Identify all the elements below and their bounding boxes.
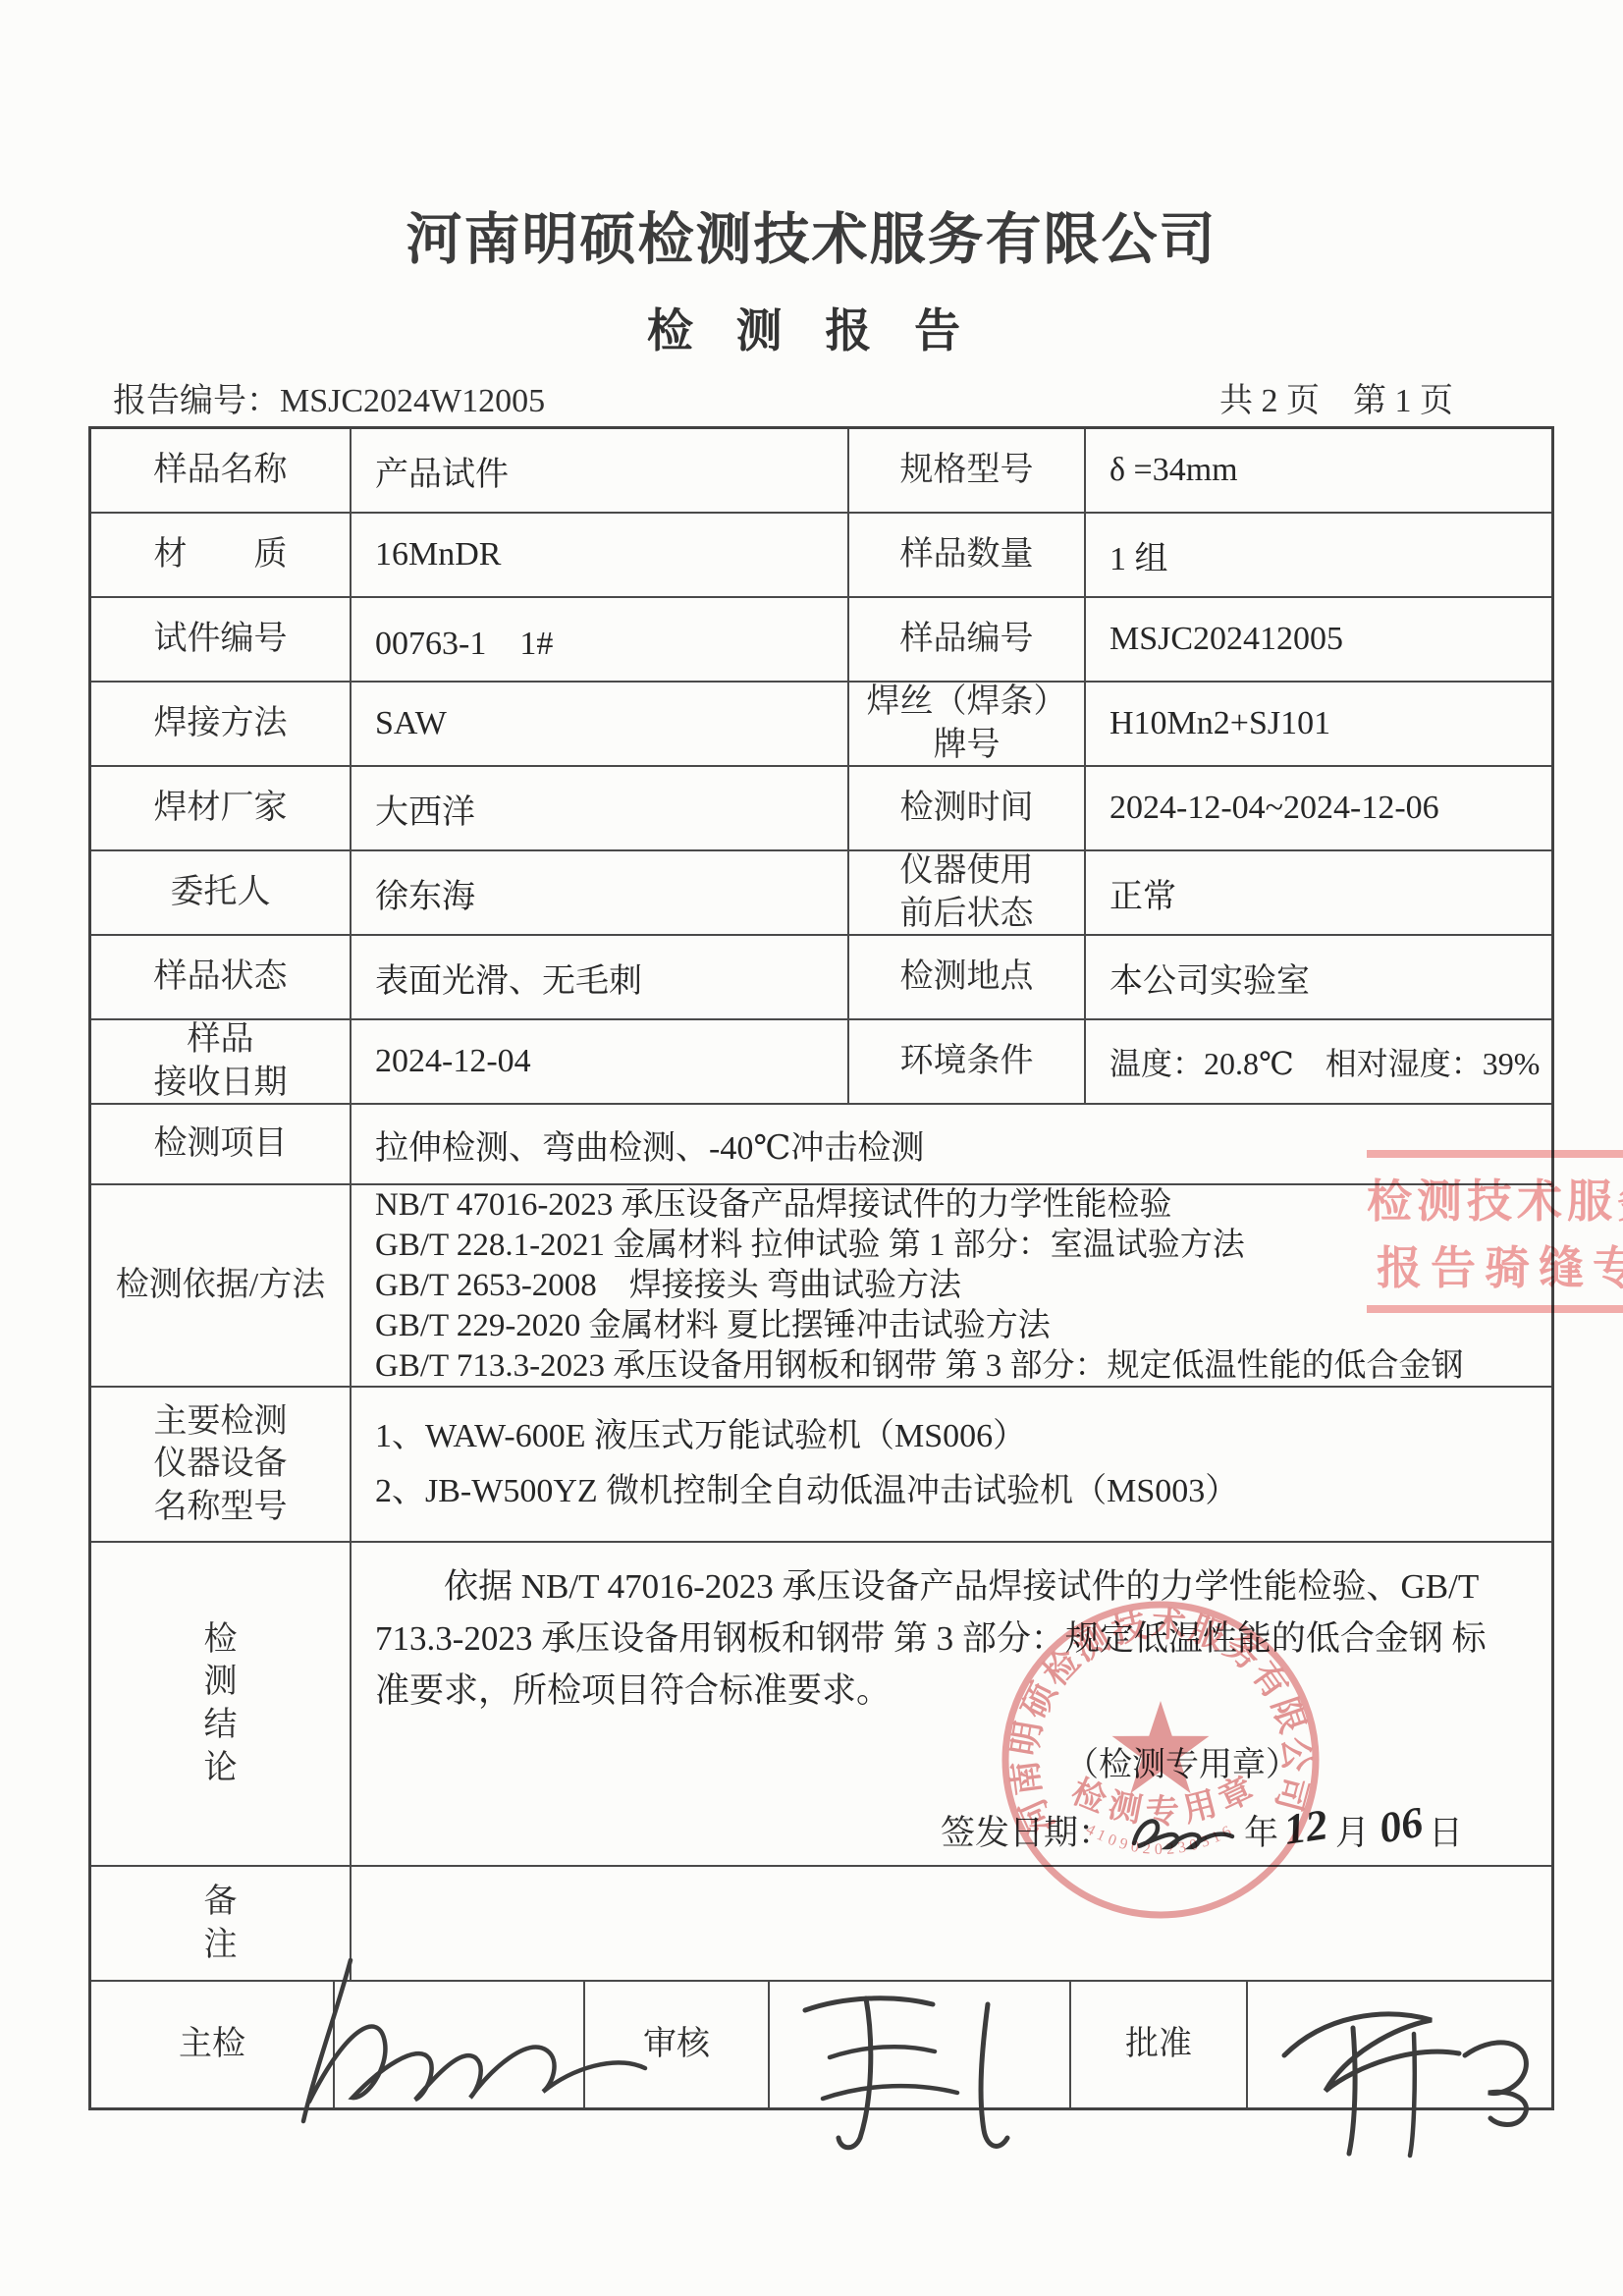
table-row: 材 质 16MnDR 样品数量 1 组 bbox=[91, 514, 1551, 598]
cell-value: 2024-12-04 bbox=[352, 1020, 849, 1103]
cell-value: 1、WAW-600E 液压式万能试验机（MS006） 2、JB-W500YZ 微… bbox=[352, 1388, 1551, 1541]
table-row: 样品名称 产品试件 规格型号 δ =34mm bbox=[91, 429, 1551, 514]
table-row-test-items: 检测项目 拉伸检测、弯曲检测、-40℃冲击检测 bbox=[91, 1105, 1551, 1185]
cell-label: 焊接方法 bbox=[91, 683, 352, 765]
cell-label: 样品数量 bbox=[849, 514, 1086, 596]
table-row-basis: 检测依据/方法 NB/T 47016-2023 承压设备产品焊接试件的力学性能检… bbox=[91, 1185, 1551, 1388]
report-page: 河南明硕检测技术服务有限公司 检 测 报 告 报告编号：MSJC2024W120… bbox=[0, 0, 1623, 2296]
handwritten-day: 06 bbox=[1376, 1797, 1427, 1854]
report-meta-row: 报告编号：MSJC2024W12005 共 2 页 第 1 页 bbox=[113, 373, 1453, 421]
cell-value: 16MnDR bbox=[352, 514, 849, 596]
table-row: 委托人 徐东海 仪器使用 前后状态 正常 bbox=[91, 851, 1551, 936]
cell-value: 温度：20.8℃ 相对湿度：39% bbox=[1086, 1020, 1551, 1103]
cell-label: 样品状态 bbox=[91, 936, 352, 1018]
cell-value: 正常 bbox=[1086, 851, 1551, 934]
cell-label: 检测依据/方法 bbox=[91, 1185, 352, 1386]
seal-star-icon bbox=[1112, 1701, 1210, 1793]
edge-seam-stamp: 检测技术服务有 报告骑缝专用 bbox=[1367, 1150, 1623, 1313]
cell-value: 00763-1 1# bbox=[352, 598, 849, 681]
table-row: 焊材厂家 大西洋 检测时间 2024-12-04~2024-12-06 bbox=[91, 767, 1551, 851]
cell-value: MSJC202412005 bbox=[1086, 598, 1551, 681]
cell-value: SAW bbox=[352, 683, 849, 765]
cell-label: 样品编号 bbox=[849, 598, 1086, 681]
cell-label: 仪器使用 前后状态 bbox=[849, 851, 1086, 934]
cell-value: 本公司实验室 bbox=[1086, 936, 1551, 1018]
cell-value: 大西洋 bbox=[352, 767, 849, 849]
table-row: 试件编号 00763-1 1# 样品编号 MSJC202412005 bbox=[91, 598, 1551, 683]
conclusion-cell: 依据 NB/T 47016-2023 承压设备产品焊接试件的力学性能检验、GB/… bbox=[352, 1543, 1551, 1865]
day-unit: 日 bbox=[1429, 1806, 1463, 1855]
cell-value: 2024-12-04~2024-12-06 bbox=[1086, 767, 1551, 849]
pagination: 共 2 页 第 1 页 bbox=[1219, 373, 1453, 421]
signature-reviewer bbox=[776, 1989, 1051, 2160]
svg-text:检测专用章: 检测专用章 bbox=[1066, 1767, 1266, 1831]
cell-label: 样品 接收日期 bbox=[91, 1020, 352, 1103]
cell-label: 样品名称 bbox=[91, 429, 352, 512]
report-number-value: MSJC2024W12005 bbox=[280, 383, 545, 419]
cell-label: 材 质 bbox=[91, 514, 352, 596]
cell-label: 检 测 结 论 bbox=[91, 1543, 352, 1865]
cell-value: δ =34mm bbox=[1086, 429, 1551, 512]
seal-inner-text: 检测专用章 bbox=[1066, 1767, 1266, 1831]
signature-approver bbox=[1267, 1998, 1561, 2160]
month-unit: 月 bbox=[1335, 1806, 1370, 1855]
signature-principal-inspector bbox=[290, 1952, 673, 2149]
conclusion-text: 依据 NB/T 47016-2023 承压设备产品焊接试件的力学性能检验、GB/… bbox=[352, 1543, 1551, 1717]
table-row: 样品 接收日期 2024-12-04 环境条件 温度：20.8℃ 相对湿度：39… bbox=[91, 1020, 1551, 1105]
cell-label: 检测时间 bbox=[849, 767, 1086, 849]
cell-value: H10Mn2+SJ101 bbox=[1086, 683, 1551, 765]
company-title: 河南明硕检测技术服务有限公司 bbox=[0, 194, 1623, 275]
report-table: 样品名称 产品试件 规格型号 δ =34mm 材 质 16MnDR 样品数量 1… bbox=[88, 426, 1554, 2110]
company-seal-stamp: 河南明硕检测技术服务有限公司 检测专用章 4109020230316 bbox=[994, 1593, 1327, 1927]
cell-value: 产品试件 bbox=[352, 429, 849, 512]
cell-value: 1 组 bbox=[1086, 514, 1551, 596]
cell-label: 环境条件 bbox=[849, 1020, 1086, 1103]
cell-label: 检测地点 bbox=[849, 936, 1086, 1018]
edge-stamp-line1: 检测技术服务有 bbox=[1367, 1166, 1623, 1230]
table-row: 焊接方法 SAW 焊丝（焊条） 牌号 H10Mn2+SJ101 bbox=[91, 683, 1551, 767]
cell-label: 试件编号 bbox=[91, 598, 352, 681]
cell-label: 焊丝（焊条） 牌号 bbox=[849, 683, 1086, 765]
table-row-devices: 主要检测 仪器设备 名称型号 1、WAW-600E 液压式万能试验机（MS006… bbox=[91, 1388, 1551, 1543]
cell-label: 主要检测 仪器设备 名称型号 bbox=[91, 1388, 352, 1541]
cell-value: 表面光滑、无毛刺 bbox=[352, 936, 849, 1018]
cell-label: 委托人 bbox=[91, 851, 352, 934]
report-number-label: 报告编号： bbox=[113, 383, 280, 419]
report-number: 报告编号：MSJC2024W12005 bbox=[113, 373, 545, 421]
document-title: 检 测 报 告 bbox=[0, 295, 1623, 360]
cell-label: 规格型号 bbox=[849, 429, 1086, 512]
table-row-conclusion: 检 测 结 论 依据 NB/T 47016-2023 承压设备产品焊接试件的力学… bbox=[91, 1543, 1551, 1867]
table-row: 样品状态 表面光滑、无毛刺 检测地点 本公司实验室 bbox=[91, 936, 1551, 1020]
approver-label: 批准 bbox=[1071, 1982, 1248, 2107]
cell-value: 徐东海 bbox=[352, 851, 849, 934]
cell-label: 检测项目 bbox=[91, 1105, 352, 1183]
edge-stamp-line2: 报告骑缝专用 bbox=[1377, 1232, 1623, 1297]
cell-label: 焊材厂家 bbox=[91, 767, 352, 849]
